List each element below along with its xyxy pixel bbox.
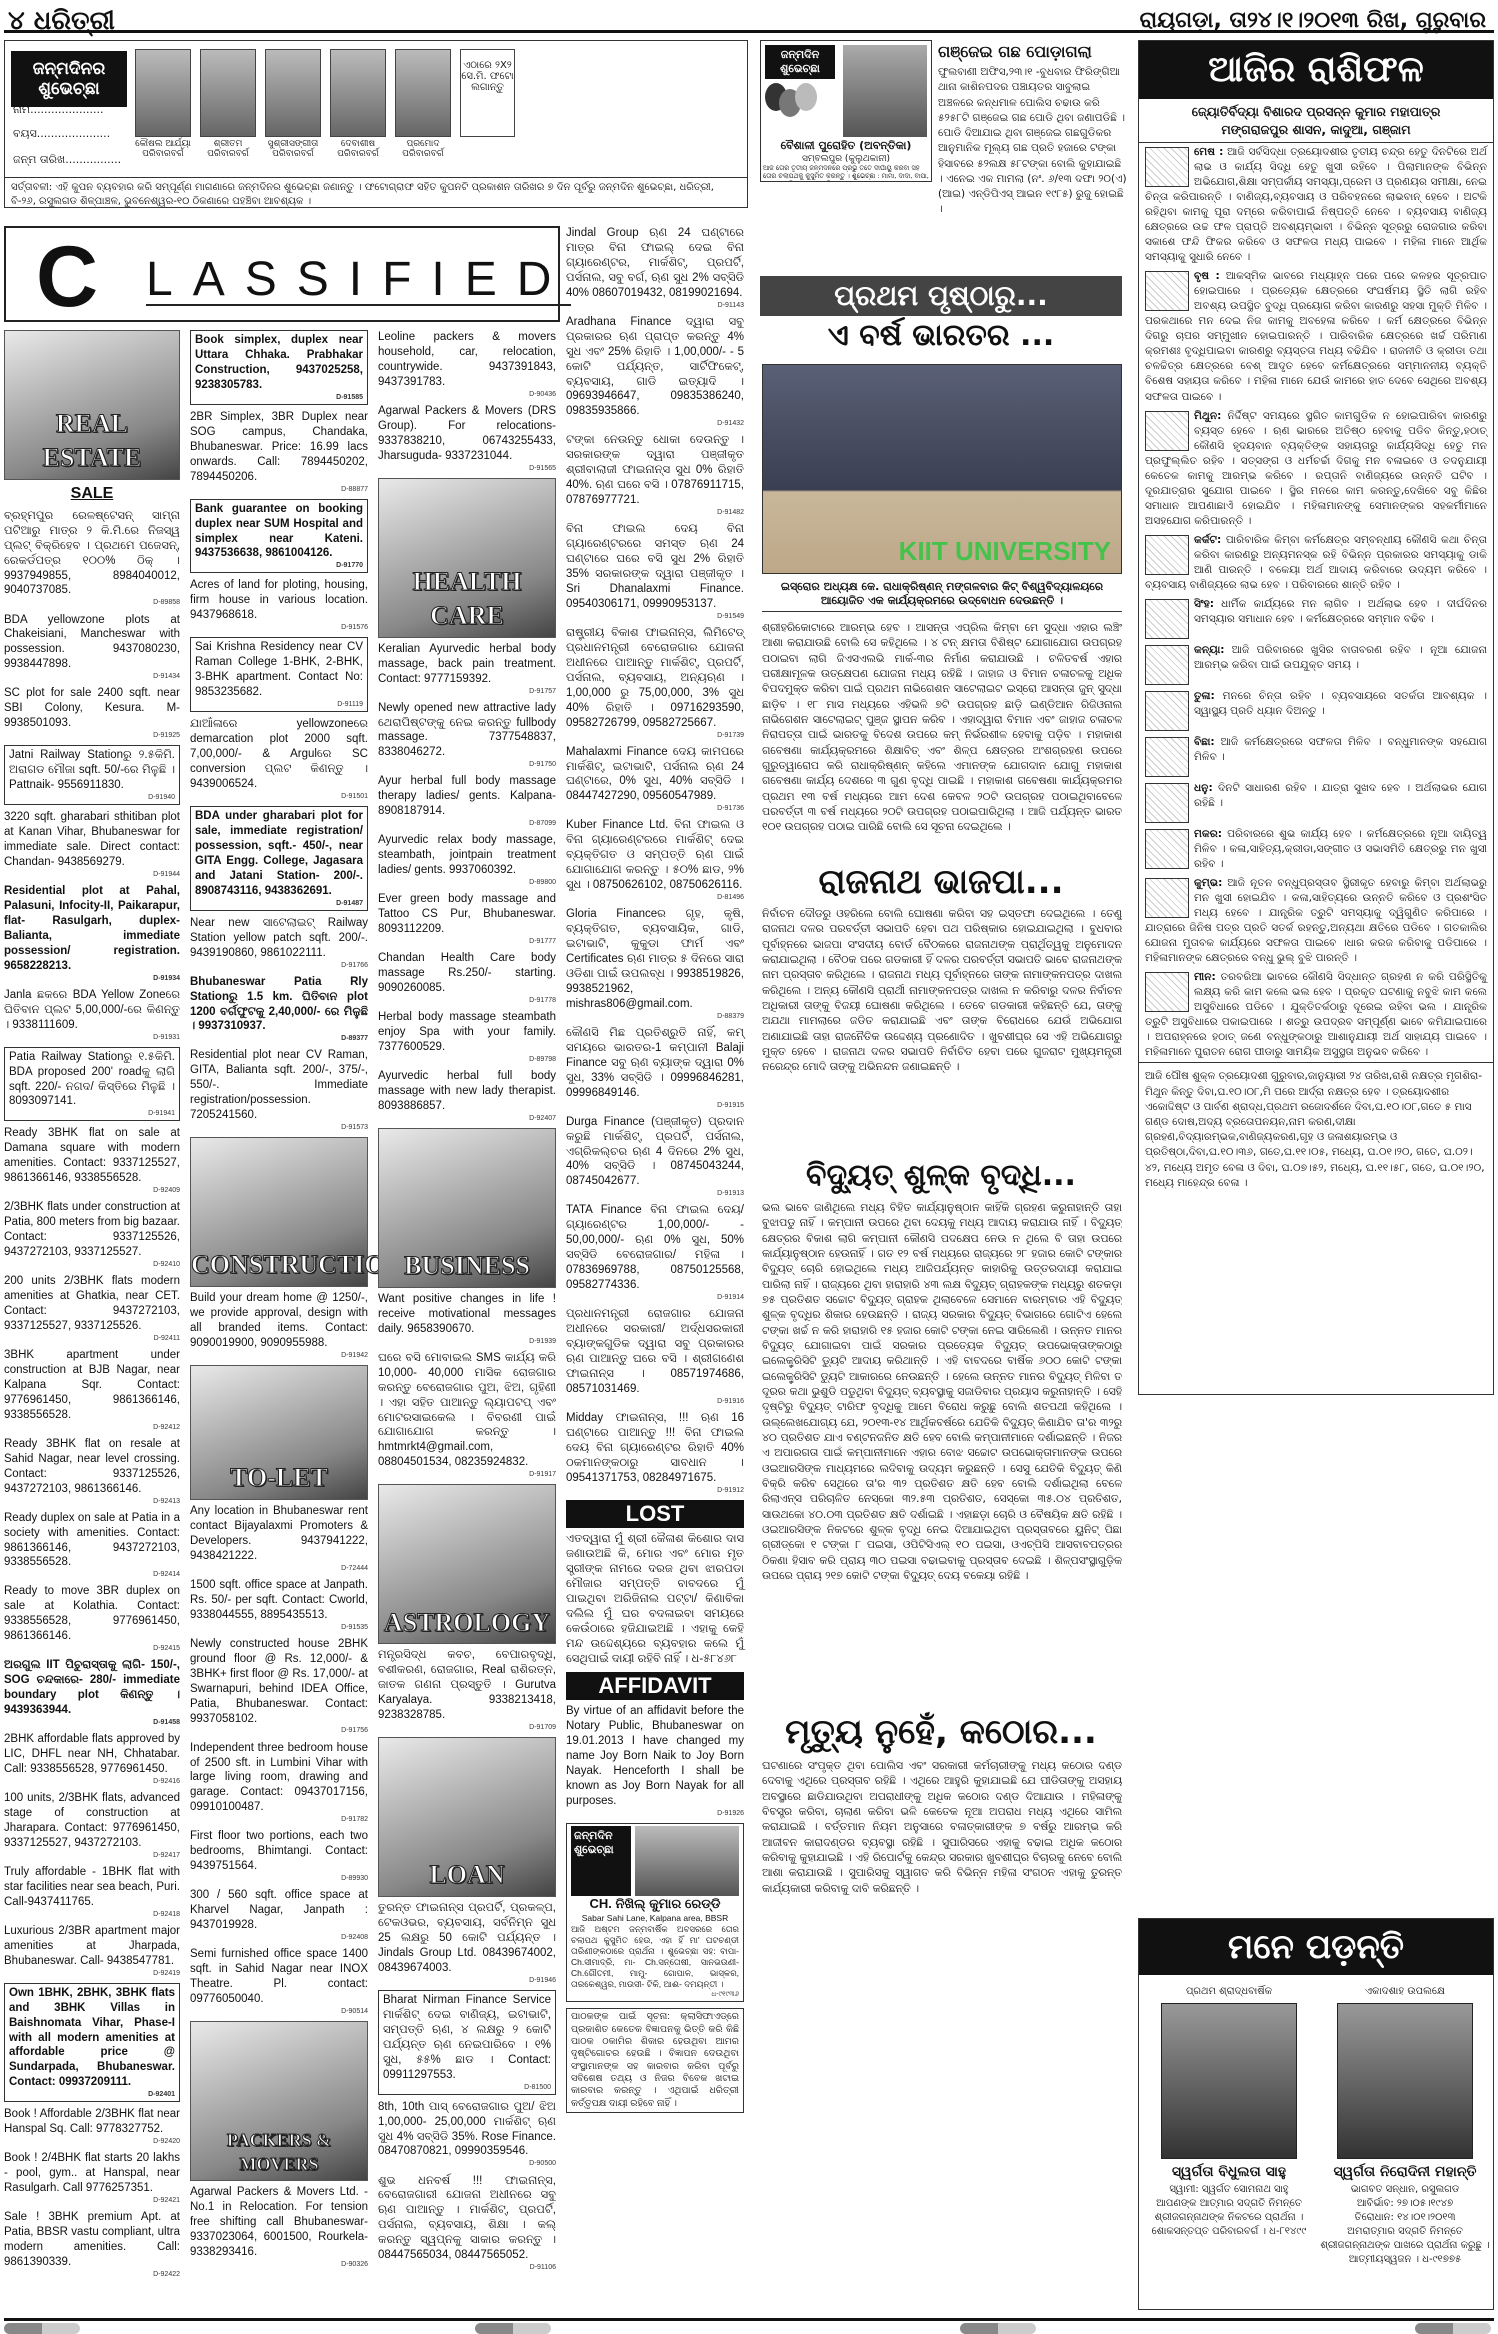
zodiac-sign: ତୁଳା: ମନରେ ଚିନ୍ତା ରହିବ । ବ୍ୟବସାୟରେ ସତର୍କ… — [1139, 687, 1493, 733]
ad-code: D-92420 — [4, 2137, 180, 2146]
memorial-left: ପ୍ରଥମ ଶ୍ରାଦ୍ଧବାର୍ଷିକ ସ୍ୱର୍ଗତା ବିଧୁଲତା ସା… — [1143, 1985, 1315, 2239]
property-column: Book simplex, duplex near Uttara Chhaka.… — [190, 330, 368, 2274]
zodiac-sign: କୁମ୍ଭ: ଆଜି ନୂତନ ବନ୍ଧୁପ୍ରସ୍ତାବ ସ୍ଥିରୀକୃତ … — [1139, 874, 1493, 968]
zodiac-list: ମେଷ : ଆଜି ସର୍ବସିଦ୍ଧା ତ୍ରୟୋଦଶୀର ତୃତୀୟ ଚନ୍… — [1139, 143, 1493, 1062]
classified-ad: 8th, 10th ପାସ୍ ବେରୋଜଗାର ପୁଅ/ ଝିଅ 1,00,00… — [378, 2100, 556, 2169]
zodiac-sign: ବୃଷ : ଆକସ୍ମିକ ଭାବରେ ମଧ୍ୟାହ୍ନ ପରେ ପରେ କଳହ… — [1139, 267, 1493, 406]
classified-ad: କୌଣସି ମିଛ ପ୍ରତିଶ୍ରୁତି ନାହିଁ, କମ୍ ସମୟରେ ଭ… — [566, 1026, 744, 1110]
obituary-box: ମନେ ପଡ଼ନ୍ତି ପ୍ରଥମ ଶ୍ରାଦ୍ଧବାର୍ଷିକ ସ୍ୱର୍ଗତ… — [1138, 1918, 1494, 2310]
story-isro: ଶ୍ରୀହରିକୋଟାରେ ଆରମ୍ଭ ହେବ । ଆସନ୍ତା ଏପ୍ରିଲ … — [762, 620, 1122, 860]
classified-ad: Bharat Nirman Finance Service ମାର୍କଶିଟ୍ … — [378, 1990, 556, 2095]
classified-ad: Newly constructed house 2BHK ground floo… — [190, 1637, 368, 1736]
ad-code: D-89858 — [4, 598, 180, 607]
footer-rule — [4, 2318, 1494, 2321]
horoscope-box: ଆଜିର ରାଶିଫଳ ଜ୍ୟୋତିର୍ବିଦ୍ୟା ବିଶାରଦ ପ୍ରସନ୍… — [1138, 40, 1494, 1395]
classified-ad: SC plot for sale 2400 sqft. near SBI Col… — [4, 686, 180, 740]
kid-photo-card: ଦେବାଶୀଷପରିବାରବର୍ଗ — [330, 49, 386, 159]
header-rule — [4, 30, 1494, 33]
story-rajnath: ନିର୍ବାଚନ ଦୌଡରୁ ଓହରିଲେ ବୋଲି ଘୋଷଣା କରିବା ସ… — [762, 906, 1122, 1156]
ad-code: D-92422 — [4, 2270, 180, 2279]
classified-ad: Truly affordable - 1BHK flat with star f… — [4, 1865, 180, 1919]
ad-code: D-91434 — [4, 672, 180, 681]
classified-ad: 3BHK apartment under construction at BJB… — [4, 1348, 180, 1432]
classified-ad: ପ୍ରଧାନମନ୍ତ୍ରୀ ରୋଜଗାର ଯୋଜନା ଅଧୀନରେ ସରକାରୀ… — [566, 1307, 744, 1406]
ad-code: D-92409 — [4, 1186, 180, 1195]
classified-ad: Midday ଫାଇନାନ୍ସ, !!! ଋଣ 16 ଘଣ୍ଟାରେ ପାଆନ୍… — [566, 1411, 744, 1495]
memorial-right: ଏକାଦଶାହ ଉପଲକ୍ଷେ ସ୍ୱର୍ଗତା ନିରୋଦିନୀ ମହାନ୍ତ… — [1319, 1985, 1491, 2267]
headline: ମୃତ୍ୟୁ ନୁହେଁ, କଠୋର... — [760, 1712, 1122, 1752]
zodiac-icon — [1145, 271, 1189, 311]
classified-ad: Book ! 2/4BHK flat starts 20 lakhs - poo… — [4, 2151, 180, 2205]
classified-ad: Agarwal Packers & Movers (DRS Group). Fo… — [378, 404, 556, 473]
ad-code: D-91501 — [190, 792, 368, 801]
classified-ad: ଘରେ ବସି ମୋବାଇଲ SMS କାର୍ଯ୍ୟ କରି 10,000- 4… — [378, 1351, 556, 1480]
zodiac-icon — [1145, 645, 1189, 685]
ad-code: D-91946 — [378, 1976, 556, 1985]
horoscope-title: ଆଜିର ରାଶିଫଳ — [1139, 41, 1493, 99]
kid-photo-card: ପ୍ରମୋଦପରିବାରବର୍ଗ — [395, 49, 451, 159]
astrology-image: ASTROLOGY — [378, 1484, 556, 1644]
classified-ad: ବିନା ଫାଇଲ ଦେୟ ବିନା ଗ୍ୟାରେଣ୍ଟରରେ ସମସ୍ତ ଋଣ… — [566, 522, 744, 621]
photo-placeholder: ଏଠାରେ ୨X୨ ସେ.ମି. ଫଟୋ ଲଗାନ୍ତୁ — [460, 49, 515, 137]
ad-code: D-91487 — [195, 899, 363, 908]
zodiac-icon — [1145, 599, 1189, 639]
zodiac-icon — [1145, 737, 1189, 777]
obituary-title: ମନେ ପଡ଼ନ୍ତି — [1139, 1919, 1493, 1975]
classified-ad: Durga Finance (ପଞ୍ଜୀକୃତ) ପ୍ରଦାନ କରୁଛି ମା… — [566, 1115, 744, 1199]
classified-ad: Jatni Railway Stationରୁ ୨.୫କିମି. ଅରାଗଡ ମ… — [4, 745, 180, 805]
zodiac-icon — [1145, 411, 1189, 451]
zodiac-icon — [1145, 829, 1189, 869]
ad-code: D-89798 — [378, 1055, 556, 1064]
classified-ad: Ayurvedic relax body massage, steambath,… — [378, 833, 556, 887]
classified-ad: 1500 sqft. office space at Janpath. Rs. … — [190, 1578, 368, 1632]
zodiac-icon — [1145, 535, 1189, 575]
news-photo: KIIT UNIVERSITY — [762, 364, 1122, 574]
ad-code: D-91458 — [4, 1718, 180, 1727]
classified-ad: Ready 3BHK flat on sale at Damana square… — [4, 1126, 180, 1195]
ad-code: D-89377 — [190, 1034, 368, 1043]
classified-ad: BDA yellowzone plots at Chakeisiani, Man… — [4, 613, 180, 682]
reader-notice: ପାଠକଙ୍କ ପାଇଁ ସୂଚନା: କ୍ଲାସିଫାଏଡ୍‌ରେ ପ୍ରକା… — [566, 2008, 744, 2113]
classified-ad: Gloria Financeର ଗୃହ, କୃଷି, ବ୍ୟକ୍ତିଗତ, ବ୍… — [566, 907, 744, 1021]
section-heading-sale: SALE — [4, 484, 180, 505]
classified-ad: 2BHK affordable flats approved by LIC, D… — [4, 1732, 180, 1786]
classified-ad: Bhubaneswar Patia Rly Stationରୁ 1.5 km. … — [190, 975, 368, 1044]
front-page-banner: ପ୍ରଥମ ପୃଷ୍ଠାରୁ... — [760, 276, 1122, 316]
classified-ad: Agarwal Packers & Movers Ltd. - No.1 in … — [190, 2185, 368, 2269]
ad-code: D-91925 — [4, 731, 180, 740]
registration-mark — [475, 2323, 551, 2334]
ad-code: D-72444 — [190, 1564, 368, 1573]
classified-ad: Sai Krishna Residency near CV Raman Coll… — [190, 637, 368, 712]
portrait — [1337, 2003, 1473, 2159]
ad-code: D-92421 — [4, 2196, 180, 2205]
ads-list: Keralian Ayurvedic herbal body massage, … — [378, 642, 556, 1123]
ad-code: D-91756 — [190, 1726, 368, 1735]
kid-photo-card: ଶ୍ରୀତମପରିବାରବର୍ଗ — [200, 49, 256, 159]
ad-code: D-91939 — [378, 1337, 556, 1346]
ad-code: D-92419 — [4, 1969, 180, 1978]
ad-code: D-89800 — [378, 878, 556, 887]
affidavit-heading: AFFIDAVIT — [566, 1672, 744, 1701]
ad-code: D-91782 — [190, 1815, 368, 1824]
classified-ad: Luxurious 2/3BR apartment major amenitie… — [4, 1924, 180, 1978]
ad-code: D-91106 — [378, 2263, 556, 2272]
ad-code: D-91941 — [9, 1109, 175, 1118]
real-estate-image: REAL ESTATE — [4, 330, 180, 480]
ads-list: Jindal Group ଋଣ 24 ଘଣ୍ଟାରେ ମାତ୍ର ବିନା ଫା… — [566, 226, 744, 1495]
headline: ଗଞ୍ଜେଇ ଗଛ ପୋଡ଼ାଗଲା — [938, 40, 1128, 63]
zodiac-icon — [1145, 972, 1189, 1012]
classified-ad: Acres of land for ploting, housing, firm… — [190, 578, 368, 632]
zodiac-icon — [1145, 783, 1189, 823]
ad-code: D-87099 — [378, 819, 556, 828]
classified-ad: Ever green body massage and Tattoo CS Pu… — [378, 892, 556, 946]
horoscope-author: ଜ୍ୟୋତିର୍ବିଦ୍ୟା ବିଶାରଦ ପ୍ରସନ୍ନ କୁମାର ମହାପ… — [1139, 99, 1493, 143]
ad-code: D-91915 — [566, 1101, 744, 1110]
ad-code: D-91778 — [378, 996, 556, 1005]
age-field: ବୟସ..................... — [13, 127, 110, 141]
birthday-wish-baishali: ଜନ୍ମଦିନ ଶୁଭେଚ୍ଛା ବୈଶାଳୀ ପୁରୋହିତ (ଅବନ୍ତିକ… — [760, 40, 932, 182]
ads-list: ମନ୍ତ୍ରସିଦ୍ଧ କବଚ, ବେପାରବୃଦ୍ଧି, ବଶୀକରଣ, ରୋ… — [378, 1648, 556, 1732]
ad-code: D-91432 — [566, 419, 744, 428]
classified-ad: Bank guarantee on booking duplex near SU… — [190, 499, 368, 574]
child-photo — [843, 45, 927, 137]
name-field: ନାମ..................... — [13, 103, 104, 117]
news-ganja: ଗଞ୍ଜେଇ ଗଛ ପୋଡ଼ାଗଲା ଫୁଲବାଣୀ ଅଫିସ,୨୩।୧ -ବୁ… — [938, 40, 1128, 217]
classified-ad: Ready to move 3BR duplex on sale at Kola… — [4, 1584, 180, 1653]
classified-ad: First floor two portions, each two bedro… — [190, 1829, 368, 1883]
classified-ad: Sale ! 3BHK premium Apt. at Patia, BBSR … — [4, 2210, 180, 2279]
headline: ବିଦ୍ୟୁତ୍ ଶୁଳ୍କ ବୃଦ୍ଧି... — [760, 1158, 1122, 1193]
dob-field: ଜନ୍ମ ତାରିଖ................ — [13, 153, 121, 167]
story-harsh-punishment: ଘଟଣାରେ ସଂପୃକ୍ତ ଥିବା ପୋଲିସ ଏବଂ ସରକାରୀ କର୍… — [762, 1758, 1122, 2310]
kid-photo — [265, 49, 321, 137]
kid-photo — [395, 49, 451, 137]
zodiac-sign: କନ୍ୟା: ଆଜି ପରିବାରରେ ଖୁସିର ବାତାବରଣ ରହିବ ।… — [1139, 641, 1493, 687]
ad-code: D-91912 — [566, 1486, 744, 1495]
ads-list: Leoline packers & movers household, car,… — [378, 330, 556, 473]
ad-code: D-91119 — [195, 700, 363, 709]
classified-ad: Own 1BHK, 2BHK, 3BHK flats and 3BHK Vill… — [4, 1983, 180, 2103]
registration-mark — [4, 2323, 80, 2334]
ad-code: D-91736 — [566, 804, 744, 813]
classified-ad: ତୁରନ୍ତ ଫାଇନାନ୍ସ ପ୍ରପର୍ଟି, ପ୍ରକଳ୍ପ, ଟେକଓଭ… — [378, 1901, 556, 1985]
ad-code: D-90436 — [378, 390, 556, 399]
lost-heading: LOST — [566, 1500, 744, 1529]
ad-code: D-91750 — [378, 760, 556, 769]
classified-banner: C LASSIFIED — [4, 226, 560, 322]
classified-ad: Keralian Ayurvedic herbal body massage, … — [378, 642, 556, 696]
ad-code: D-88877 — [190, 485, 368, 494]
classified-logo-c: C — [36, 228, 98, 327]
headline: ଏ ବର୍ଷ ଭାରତର ... — [760, 318, 1122, 353]
portrait — [1161, 2003, 1297, 2159]
coupon-terms: ସର୍ତ୍ତାବଳୀ: ଏହି କୁପନ ବ୍ୟବହାର କରି ସମ୍ପୂର୍… — [5, 177, 747, 212]
ad-code: D-91757 — [378, 687, 556, 696]
kid-photo-card: ସୁଶ୍ରୀସଙ୍ଗୀତାପରିବାରବର୍ଗ — [265, 49, 321, 159]
classified-ad: Any location in Bhubaneswar rent contact… — [190, 1504, 368, 1573]
ad-code: D-90326 — [190, 2260, 368, 2269]
classified-ad: Ready duplex on sale at Patia in a socie… — [4, 1511, 180, 1580]
construction-image: CONSTRUCTION — [190, 1137, 368, 1287]
classified-ad: ଅରଗୁଲ IIT ପିଚୁରାସ୍ତାକୁ ଲାଗି- 150/-, SOG … — [4, 1658, 180, 1727]
classified-ad: Newly opened new attractive lady ଥେରାପିଷ… — [378, 701, 556, 770]
classified-ad: 100 units, 2/3BHK flats, advanced stage … — [4, 1791, 180, 1860]
ad-code: D-92417 — [4, 1851, 180, 1860]
classified-ad: ରାଷ୍ଟ୍ରୀୟ ବିକାଶ ଫାଇନାନ୍ସ, ଲିମିଟେଡ୍ ପ୍ରଧା… — [566, 626, 744, 740]
ad-code: D-91770 — [195, 561, 363, 570]
ad-code: D-92411 — [4, 1334, 180, 1343]
ad-code: D-92414 — [4, 1570, 180, 1579]
classified-ad: Near new ସାଟେଲାଇଟ୍ Railway Station yello… — [190, 916, 368, 970]
classified-ad: ଶୁଭ ଧନବର୍ଷ !!! ଫାଇନାନ୍ସ, ବେରୋଜଗାରୀ ଯୋଜନା… — [378, 2174, 556, 2273]
affidavit-notice: By virtue of an affidavit before the Not… — [566, 1704, 744, 1818]
classified-ad: ଟଙ୍କା ନେଉନ୍ତୁ ଧୋକା ଦେଉନ୍ତୁ । ସରକାରଙ୍କ ଦ୍… — [566, 433, 744, 517]
finance-column: Jindal Group ଋଣ 24 ଘଣ୍ଟାରେ ମାତ୍ର ବିନା ଫା… — [566, 226, 744, 2118]
ads-list: Book simplex, duplex near Uttara Chhaka.… — [190, 330, 368, 1132]
packers-movers-image: PACKERS & MOVERS — [190, 2021, 368, 2181]
classified-ad: TATA Finance ବିନା ଫାଇଲ ଦେୟ/ ଗ୍ୟାରେଣ୍ଟର 1… — [566, 1203, 744, 1302]
real-estate-column: REAL ESTATE SALE ବ୍ରହ୍ମପୁର ରେଳଷ୍ଟେସନ୍ ସା… — [4, 330, 180, 2284]
classified-ad: Janla ଛକରେ BDA Yellow Zoneରେ ଘିତିବାନ ପ୍ଲ… — [4, 988, 180, 1042]
ad-code: D-92407 — [378, 1114, 556, 1123]
classified-ad: Build your dream home @ 1250/-, we provi… — [190, 1291, 368, 1360]
registration-mark — [1415, 2323, 1491, 2334]
classified-ad: Residential plot near CV Raman, GITA, Ba… — [190, 1048, 368, 1132]
classified-ad: Jindal Group ଋଣ 24 ଘଣ୍ଟାରେ ମାତ୍ର ବିନା ଫା… — [566, 226, 744, 310]
birthday-wish-nikhil: ଜନ୍ମଦିନ ଶୁଭେଚ୍ଛା CH. ନିଖିଲ୍ କୁମାର ରେଡ୍ଡି… — [566, 1823, 744, 2002]
ad-code: D-92415 — [4, 1644, 180, 1653]
classified-ad: Herbal body massage steambath enjoy Spa … — [378, 1010, 556, 1064]
tolet-image: TO-LET — [190, 1365, 368, 1500]
zodiac-sign: ମୀନ: ତରବରିଆ ଭାବରେ କୌଣସି ସିଦ୍ଧାନ୍ତ ଗ୍ରହଣ … — [1139, 968, 1493, 1062]
business-image: BUSINESS — [378, 1128, 556, 1288]
classified-ad: Ayur herbal full body massage therapy la… — [378, 774, 556, 828]
services-column: Leoline packers & movers household, car,… — [378, 330, 556, 2277]
balloons-icon — [765, 83, 825, 123]
ad-code: D-90514 — [190, 2007, 368, 2016]
ad-code: D-91940 — [9, 793, 175, 802]
ad-code: D-91766 — [190, 961, 368, 970]
zodiac-sign: ମେଷ : ଆଜି ସର୍ବସିଦ୍ଧା ତ୍ରୟୋଦଶୀର ତୃତୀୟ ଚନ୍… — [1139, 143, 1493, 267]
classified-ad: 2/3BHK flats under construction at Patia… — [4, 1200, 180, 1269]
classified-ad: ମନ୍ତ୍ରସିଦ୍ଧ କବଚ, ବେପାରବୃଦ୍ଧି, ବଶୀକରଣ, ରୋ… — [378, 1648, 556, 1732]
classified-ad: Kuber Finance Ltd. ବିନା ଫାଇଲ ଓ ବିନା ଗ୍ୟା… — [566, 818, 744, 902]
ad-code: D-91482 — [566, 508, 744, 517]
ad-code: D-81500 — [383, 2083, 551, 2092]
ad-code: D-91916 — [566, 1397, 744, 1406]
classified-ad: Semi furnished office space 1400 sqft. i… — [190, 1947, 368, 2016]
ad-code: D-91914 — [566, 1293, 744, 1302]
registration-mark — [960, 2323, 1036, 2334]
classified-ad: ବ୍ରହ୍ମପୁର ରେଳଷ୍ଟେସନ୍ ସାମ୍ନା ପଟିଆରୁ ମାତ୍ର… — [4, 509, 180, 608]
ad-code: D-91565 — [378, 464, 556, 473]
ad-code: D-88379 — [566, 1012, 744, 1021]
ad-code: D-81496 — [566, 893, 744, 902]
classified-ad: Book simplex, duplex near Uttara Chhaka.… — [190, 330, 368, 405]
ad-code: D-92412 — [4, 1423, 180, 1432]
classified-ad: ଯାଆଁଳାରେ yellowzoneରେ demarcation plot 2… — [190, 717, 368, 801]
zodiac-sign: କର୍କଟ: ପାରିବାରିକ କିମ୍ବା କର୍ମକ୍ଷେତ୍ର ସମ୍ବ… — [1139, 531, 1493, 595]
classified-ad: Chandan Health Care body massage Rs.250/… — [378, 951, 556, 1005]
ads-list: Any location in Bhubaneswar rent contact… — [190, 1504, 368, 2016]
classified-ad: Residential plot at Pahal, Palasuni, Inf… — [4, 884, 180, 983]
zodiac-icon — [1145, 691, 1189, 731]
zodiac-icon — [1145, 147, 1189, 187]
classified-ad: 2BR Simplex, 3BR Duplex near SOG campus,… — [190, 410, 368, 494]
ad-code: D-89930 — [190, 1874, 368, 1883]
ad-code: D-92410 — [4, 1260, 180, 1269]
zodiac-sign: ବିଛା: ଆଜି କର୍ମକ୍ଷେତ୍ରରେ ସଫଳତା ମିଳିବ । ବନ… — [1139, 733, 1493, 779]
zodiac-sign: ମିଥୁନ: ନିର୍ଦ୍ଦିଷ୍ଟ ସମୟରେ ସ୍ଥଗିତ କାମଗୁଡିକ… — [1139, 407, 1493, 531]
ad-code: D-91934 — [4, 974, 180, 983]
kid-photo — [330, 49, 386, 137]
ads-list: Build your dream home @ 1250/-, we provi… — [190, 1291, 368, 1360]
ad-code: D-92413 — [4, 1497, 180, 1506]
zodiac-sign: ସିଂହ: ଧାର୍ମିକ କାର୍ଯ୍ୟରେ ମନ ଲାଗିବ । ଅର୍ଥଲ… — [1139, 595, 1493, 641]
headline: ରାଜନାଥ ଭାଜପା... — [760, 862, 1122, 902]
ad-code: D-91777 — [378, 937, 556, 946]
zodiac-sign: ମକର: ପରିବାରରେ ଶୁଭ କାର୍ଯ୍ୟ ହେବ । କର୍ମକ୍ଷେ… — [1139, 825, 1493, 874]
story-electricity: ଭଲ ଭାବେ ଜାଣିଥିଲେ ମଧ୍ୟ ବିହିତ କାର୍ଯ୍ୟାନୁଷ୍… — [762, 1200, 1122, 1710]
ads-list: ତୁରନ୍ତ ଫାଇନାନ୍ସ ପ୍ରପର୍ଟି, ପ୍ରକଳ୍ପ, ଟେକଓଭ… — [378, 1901, 556, 2272]
kid-photo — [135, 49, 191, 137]
classified-ad: Book ! Affordable 2/3BHK flat near Hansp… — [4, 2107, 180, 2146]
panjika: ଆଜି ପୌଷ ଶୁକ୍ଳ ତ୍ରୟୋଦଶୀ ଗୁରୁବାର,ଜାନୁୟାରୀ … — [1139, 1062, 1493, 1197]
lost-notice: ଏତଦ୍ୱାରା ମୁଁ ଶ୍ରୀ କୈଳାଶ କିଶୋର ଦାସ ଜଣାଉଅଛ… — [566, 1532, 744, 1666]
classified-ad: Aradhana Finance ଦ୍ୱାରା ସବୁ ପ୍ରକାରର ଋଣ ପ… — [566, 315, 744, 429]
ad-code: D-92416 — [4, 1777, 180, 1786]
ad-code: D-92408 — [190, 1933, 368, 1942]
classified-ad: Leoline packers & movers household, car,… — [378, 330, 556, 399]
ad-code: D-91143 — [566, 301, 744, 310]
classified-ad: Ready 3BHK flat on resale at Sahid Nagar… — [4, 1437, 180, 1506]
coupon-title: ଜନ୍ମଦିନର ଶୁଭେଚ୍ଛା — [11, 51, 127, 107]
classified-ad: 200 units 2/3BHK flats modern amenities … — [4, 1274, 180, 1343]
classified-ad: Ayurvedic herbal full body massage with … — [378, 1069, 556, 1123]
kid-photo — [200, 49, 256, 137]
ads-list: ବ୍ରହ୍ମପୁର ରେଳଷ୍ଟେସନ୍ ସାମ୍ନା ପଟିଆରୁ ମାତ୍ର… — [4, 509, 180, 2279]
loan-image: LOAN — [378, 1737, 556, 1897]
ad-code: D-91573 — [190, 1123, 368, 1132]
ad-code: D-91913 — [566, 1189, 744, 1198]
ads-list: Agarwal Packers & Movers Ltd. - No.1 in … — [190, 2185, 368, 2269]
ads-list: Want positive changes in life ! receive … — [378, 1292, 556, 1480]
child-photo — [635, 1826, 739, 1896]
classified-ad: Want positive changes in life ! receive … — [378, 1292, 556, 1346]
classified-ad: BDA under gharabari plot for sale, immed… — [190, 806, 368, 911]
ad-code: D-90500 — [378, 2159, 556, 2168]
ad-code: D-91535 — [190, 1623, 368, 1632]
kid-photo-card: କୌଷଲ ଆର୍ଯ୍ୟାପରିବାରବର୍ଗ — [135, 49, 191, 159]
ad-code: D-91585 — [195, 393, 363, 402]
classified-ad: Mahalaxmi Finance ଦେୟ କାମପରେ ମାର୍କଶିଟ୍, … — [566, 745, 744, 814]
ad-code: D-91931 — [4, 1033, 180, 1042]
ad-code: D-91576 — [190, 623, 368, 632]
ad-code: D-91739 — [566, 731, 744, 740]
ad-code: D-91917 — [378, 1470, 556, 1479]
ad-code: D-91709 — [378, 1723, 556, 1732]
ad-code: D-91549 — [566, 612, 744, 621]
health-care-image: HEALTH CARE — [378, 478, 556, 638]
ad-code: D-92401 — [9, 2090, 175, 2099]
ad-code: D-91942 — [190, 1351, 368, 1360]
classified-ad: Independent three bedroom house of 2500 … — [190, 1741, 368, 1825]
zodiac-sign: ଧନୁ: ଦିନଟି ସାଧାରଣ ରହିବ । ଯାତ୍ରା ସୁଖଦ ହେବ… — [1139, 779, 1493, 825]
classified-ad: 3220 sqft. gharabari sthitiban plot at K… — [4, 810, 180, 879]
zodiac-icon — [1145, 878, 1189, 918]
classified-logo-text: LASSIFIED — [146, 256, 571, 306]
photo-caption: ଇସ୍ରୋର ଅଧ୍ୟକ୍ଷ କେ. ରାଧାକ୍ରିଷ୍ଣନ୍ ମଙ୍ଗଳବା… — [762, 580, 1122, 612]
ad-code: D-91944 — [4, 870, 180, 879]
birthday-coupon: ଜନ୍ମଦିନର ଶୁଭେଚ୍ଛା ନାମ...................… — [4, 40, 748, 208]
classified-ad: 300 / 560 sqft. office space at Kharvel … — [190, 1888, 368, 1942]
classified-ad: Patia Railway Stationରୁ ୧.୫କିମି. BDA pro… — [4, 1047, 180, 1122]
ad-code: D-92418 — [4, 1910, 180, 1919]
